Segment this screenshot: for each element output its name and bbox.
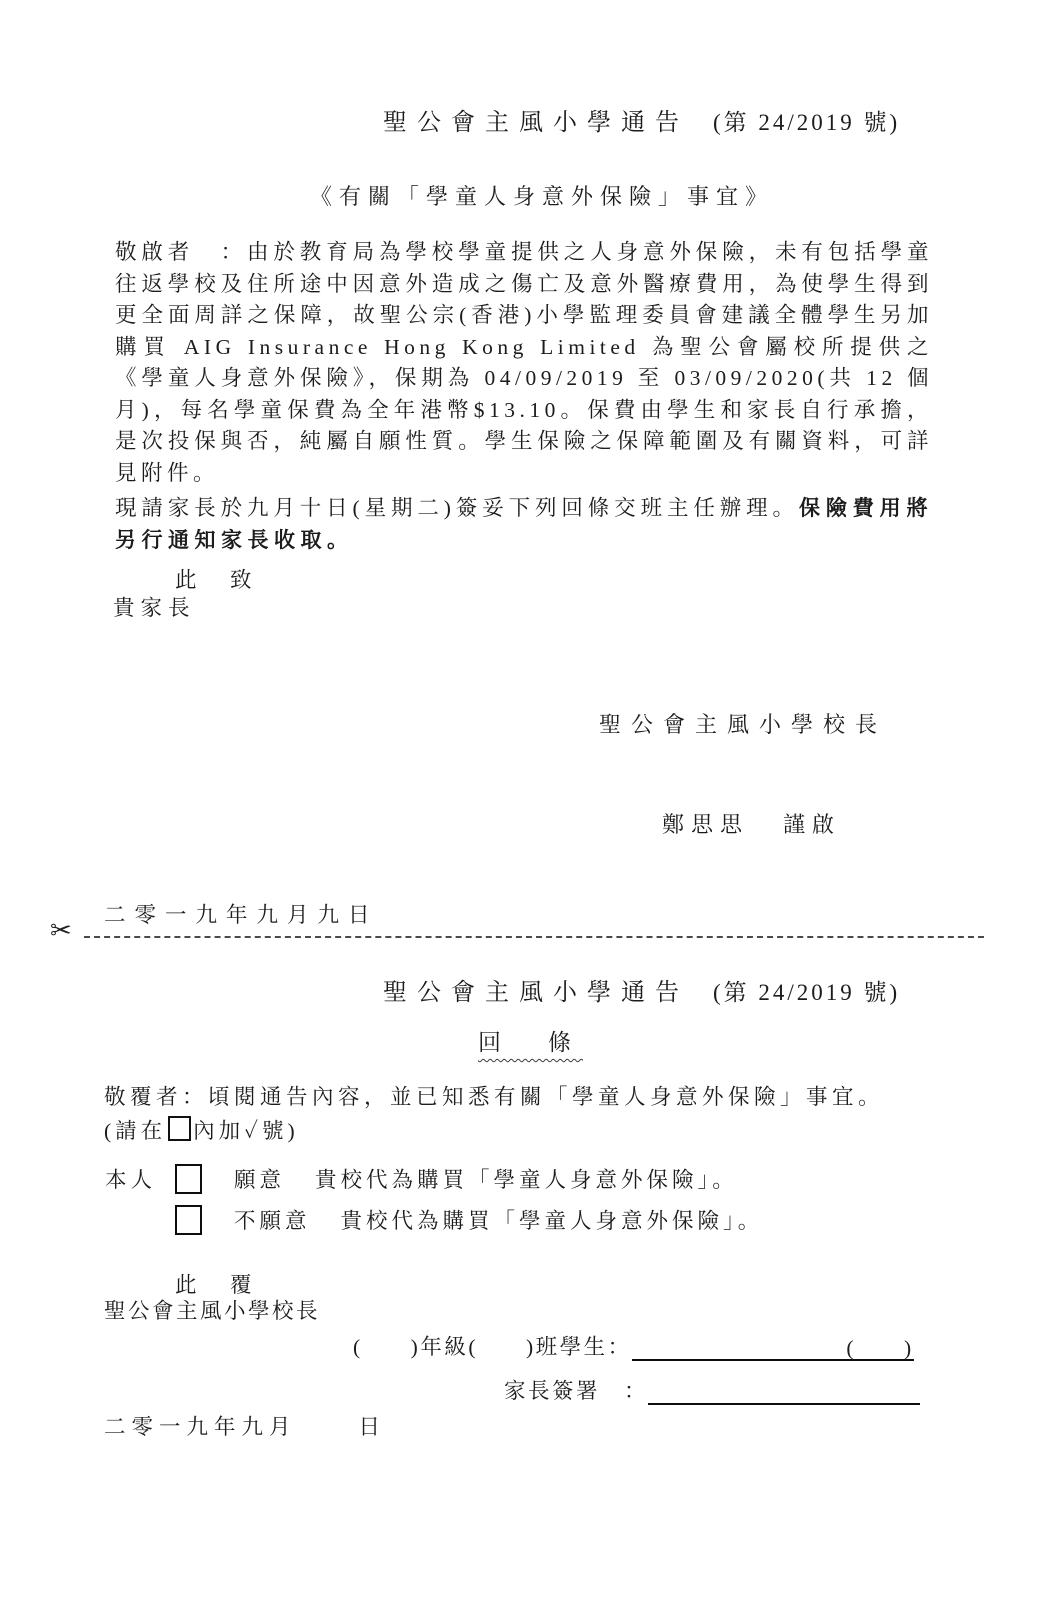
tick-instruction-suffix: ✓號) (244, 1119, 299, 1143)
notice-title: 聖公會主風小學通告(第 24/2019 號) (383, 102, 900, 137)
principal-name: 鄭思思 (662, 812, 749, 837)
disagree-checkbox[interactable] (175, 1205, 202, 1235)
checkbox-sample-icon (168, 1116, 191, 1141)
parent-signature-label: 家長簽署 ： (504, 1379, 648, 1403)
notice-title-text: 聖公會主風小學通告 (383, 110, 689, 136)
agree-checkbox[interactable] (175, 1164, 202, 1194)
agree-text: 貴校代為購買「學童人身意外保險」。 (315, 1163, 738, 1194)
reply-title-text: 聖公會主風小學通告 (383, 980, 689, 1006)
principal-title-line: 聖公會主風小學校長 (599, 708, 887, 739)
notice-instruction-paragraph: 現請家長於九月十日(星期二)簽妥下列回條交班主任辦理。保險費用將另行通知家長收取… (115, 493, 933, 556)
scissors-icon: ✂ (50, 916, 72, 946)
student-name-field[interactable]: ( ) (632, 1331, 914, 1361)
tick-instruction-mid: 內加 (193, 1119, 244, 1143)
student-class-paren: ( ) (846, 1336, 913, 1360)
parent-signature-field[interactable] (648, 1375, 920, 1405)
notice-body-paragraph: 敬啟者 ：由於教育局為學校學童提供之人身意外保險，未有包括學童往返學校及住所途中… (115, 237, 933, 489)
reply-slip-heading: 回 條 (478, 1024, 583, 1057)
reply-date-day: 日 (359, 1415, 387, 1439)
disagree-text: 貴校代為購買「學童人身意外保險」。 (341, 1204, 764, 1235)
notice-number: (第 24/2019 號) (713, 110, 900, 135)
reply-number: (第 24/2019 號) (713, 980, 900, 1005)
option-row-disagree: 不願意 貴校代為購買「學童人身意外保險」。 (105, 1204, 763, 1235)
notice-date: 二零一九年九月九日 (104, 898, 379, 929)
reply-school-principal-line: 聖公會主風小學校長 (104, 1294, 320, 1325)
reply-intro: 敬覆者：頃閱通告內容，並已知悉有關「學童人身意外保險」事宜。 (104, 1080, 884, 1111)
reply-date-line: 二零一九年九月日 (104, 1410, 386, 1441)
notice-subject: 《有關「學童人身意外保險」事宜》 (310, 180, 774, 211)
option-lead: 本人 (105, 1163, 175, 1194)
respectfully-label: 謹啟 (783, 812, 841, 837)
agree-label: 願意 (234, 1163, 285, 1194)
closing-dear-parent: 貴家長 (113, 591, 196, 622)
tick-instruction: (請在內加✓號) (104, 1114, 299, 1145)
instruction-text: 現請家長於九月十日(星期二)簽妥下列回條交班主任辦理。 (115, 496, 799, 520)
signer-line: 鄭思思謹啟 (662, 808, 841, 839)
notice-document: 聖公會主風小學通告(第 24/2019 號) 《有關「學童人身意外保險」事宜》 … (0, 0, 1046, 1600)
parent-signature-line: 家長簽署 ： (504, 1374, 920, 1405)
reply-date-month: 二零一九年九月 (104, 1415, 297, 1439)
closing-this-to: 此 致 (175, 563, 258, 594)
option-row-agree: 本人 願意 貴校代為購買「學童人身意外保險」。 (105, 1163, 738, 1194)
tick-instruction-pre: (請在 (104, 1119, 166, 1143)
cut-dashed-line (84, 936, 984, 938)
student-line-prefix: ( )年級( )班學生： (353, 1335, 632, 1359)
student-info-line: ( )年級( )班學生：( ) (353, 1330, 914, 1361)
reply-title: 聖公會主風小學通告(第 24/2019 號) (383, 972, 900, 1007)
disagree-label: 不願意 (234, 1204, 311, 1235)
